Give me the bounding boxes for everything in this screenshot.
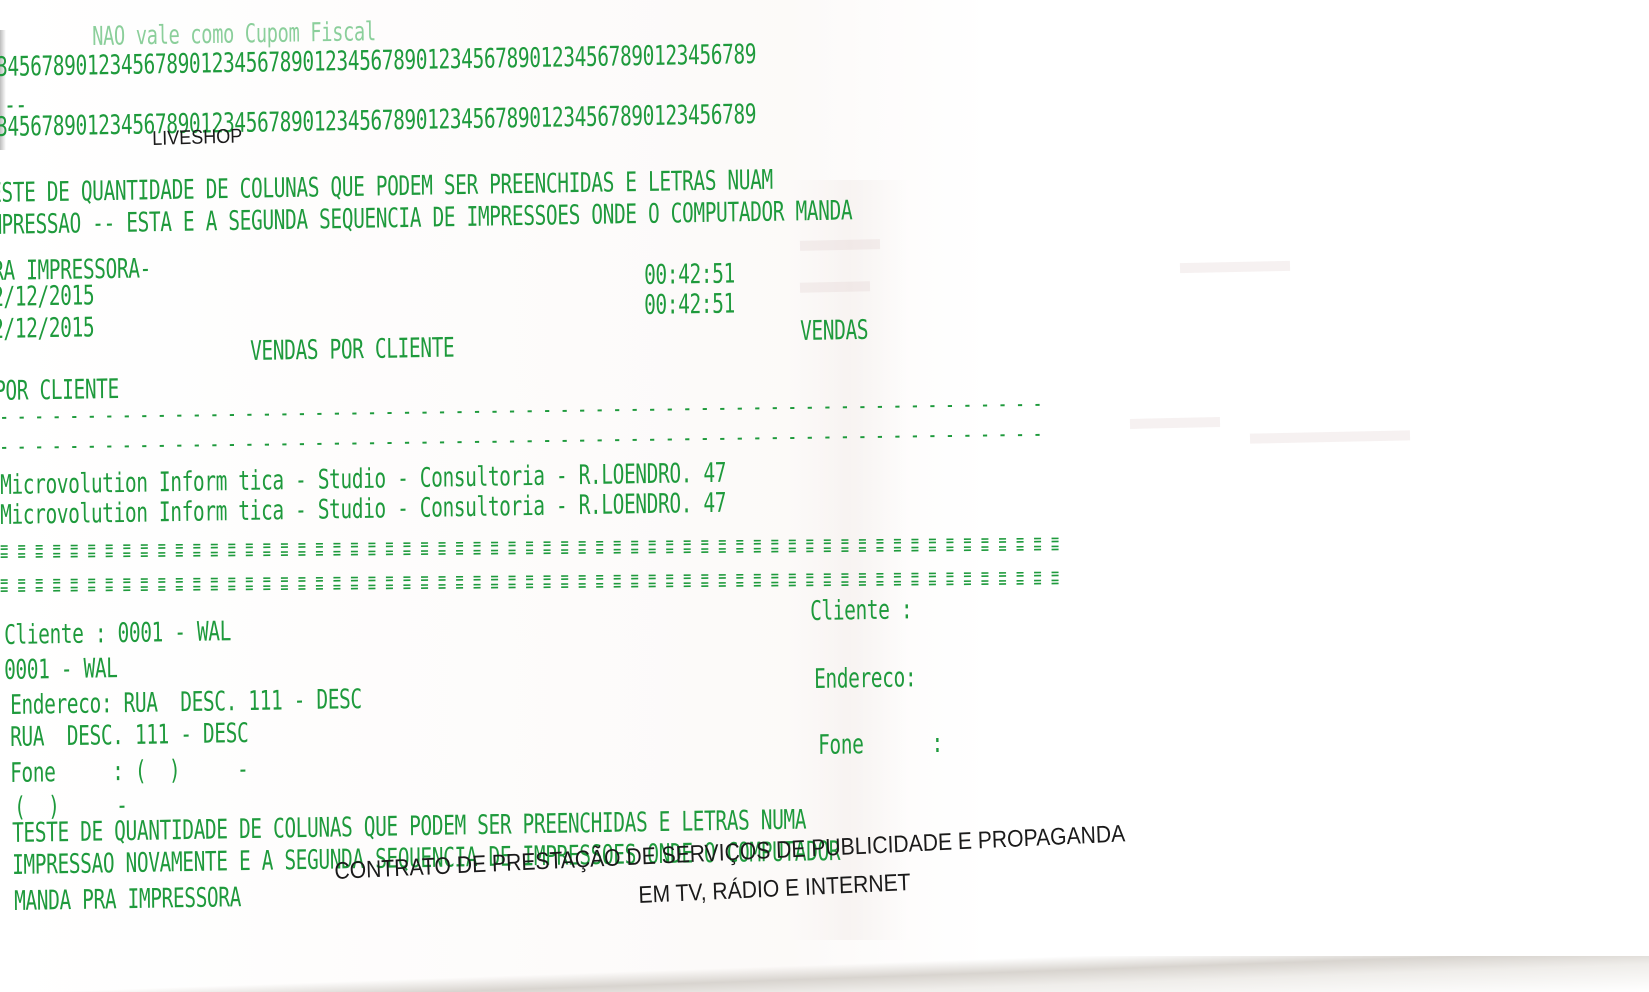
- report-title-right: VENDAS: [800, 315, 868, 347]
- report-title: VENDAS POR CLIENTE: [250, 333, 454, 367]
- client-field: Cliente : 0001 - WAL: [4, 616, 231, 651]
- print-time: 00:42:51: [644, 258, 735, 291]
- address-field: Endereco: RUA DESC. 111 - DESC: [10, 684, 362, 721]
- paper-fold-shadow: [790, 180, 910, 940]
- print-time: 00:42:51: [644, 288, 735, 321]
- address-value: RUA DESC. 111 - DESC: [10, 718, 248, 753]
- print-date: 2/12/2015: [0, 280, 94, 313]
- paper-bottom-edge: [0, 956, 1649, 992]
- test-text-line: MANDA PRA IMPRESSORA: [14, 882, 241, 917]
- print-date: 2/12/2015: [0, 312, 94, 345]
- right-phone-label: Fone :: [818, 728, 943, 761]
- ghost-print: [1130, 417, 1220, 429]
- right-address-label: Endereco:: [814, 662, 916, 695]
- ghost-print: [800, 281, 870, 292]
- phone-field: Fone : ( ) -: [10, 754, 248, 789]
- ghost-print: [800, 239, 880, 251]
- report-subtitle: POR CLIENTE: [0, 374, 119, 407]
- brand-label: LIVESHOP: [152, 125, 243, 151]
- client-value: 0001 - WAL: [4, 653, 118, 686]
- right-client-label: Cliente :: [810, 594, 912, 627]
